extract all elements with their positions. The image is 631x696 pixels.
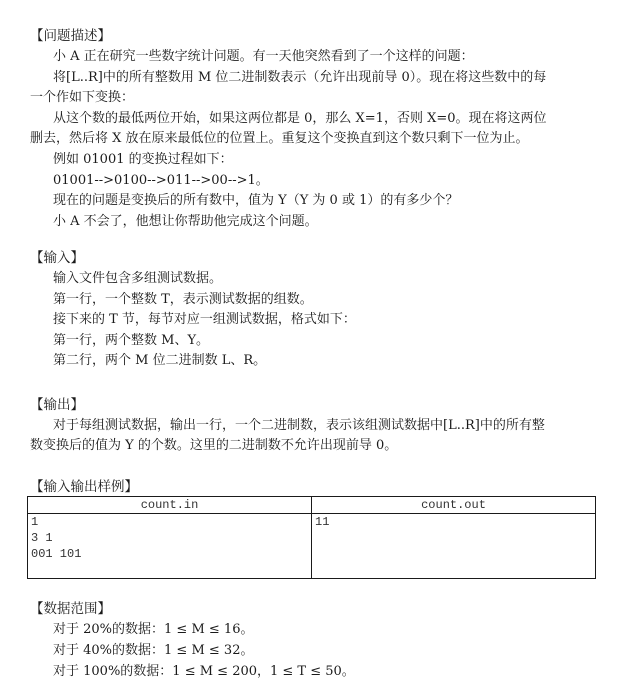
sample-input-line: 3 1: [31, 530, 308, 546]
problem-line: 现在的问题是变换后的所有数中，值为 Y（Y 为 0 或 1）的有多少个？: [53, 192, 458, 210]
problem-line: 从这个数的最低两位开始，如果这两位都是 0，那么 X=1，否则 X=0。现在将这…: [53, 110, 547, 128]
sample-input-header: count.in: [28, 497, 312, 514]
constraints-title: 【数据范围】: [30, 600, 111, 618]
sample-input-cell: 1 3 1 001 101: [28, 514, 312, 579]
output-line: 对于每组测试数据，输出一行，一个二进制数，表示该组测试数据中[L..R]中的所有…: [53, 417, 545, 435]
problem-line: 小 A 不会了，他想让你帮助他完成这个问题。: [53, 213, 318, 231]
input-line: 输入文件包含多组测试数据。: [53, 270, 222, 288]
problem-line: 例如 01001 的变换过程如下：: [53, 151, 233, 169]
input-title: 【输入】: [30, 249, 84, 267]
problem-line: 删去，然后将 X 放在原来最低位的位置上。重复这个变换直到这个数只剩下一位为止。: [30, 130, 529, 148]
sample-output-cell: 11: [312, 514, 596, 579]
problem-description-title: 【问题描述】: [30, 27, 111, 45]
sample-io-table: count.in count.out 1 3 1 001 101 11: [27, 496, 596, 579]
problem-line: 一个作如下变换：: [30, 89, 134, 107]
input-line: 接下来的 T 节，每节对应一组测试数据，格式如下：: [53, 311, 356, 329]
constraint-line: 对于 20%的数据：1 ≤ M ≤ 16。: [53, 621, 253, 639]
sample-input-line: 1: [31, 514, 308, 530]
problem-line: 小 A 正在研究一些数字统计问题。有一天他突然看到了一个这样的问题：: [53, 48, 474, 66]
input-line: 第二行，两个 M 位二进制数 L、R。: [53, 352, 266, 370]
input-line: 第一行，两个整数 M、Y。: [53, 332, 209, 350]
sample-output-line: 11: [315, 514, 592, 530]
output-title: 【输出】: [30, 396, 84, 414]
input-line: 第一行，一个整数 T，表示测试数据的组数。: [53, 291, 313, 309]
sample-output-header: count.out: [312, 497, 596, 514]
output-line: 数变换后的值为 Y 的个数。这里的二进制数不允许出现前导 0。: [30, 437, 397, 455]
sample-title: 【输入输出样例】: [30, 478, 138, 496]
constraint-line: 对于 100%的数据：1 ≤ M ≤ 200，1 ≤ T ≤ 50。: [53, 663, 355, 681]
problem-line: 将[L..R]中的所有整数用 M 位二进制数表示（允许出现前导 0）。现在将这些…: [53, 69, 546, 87]
sample-input-line: 001 101: [31, 546, 308, 562]
transform-example: 01001-->0100-->011-->00-->1。: [53, 172, 269, 190]
constraint-line: 对于 40%的数据：1 ≤ M ≤ 32。: [53, 642, 253, 660]
